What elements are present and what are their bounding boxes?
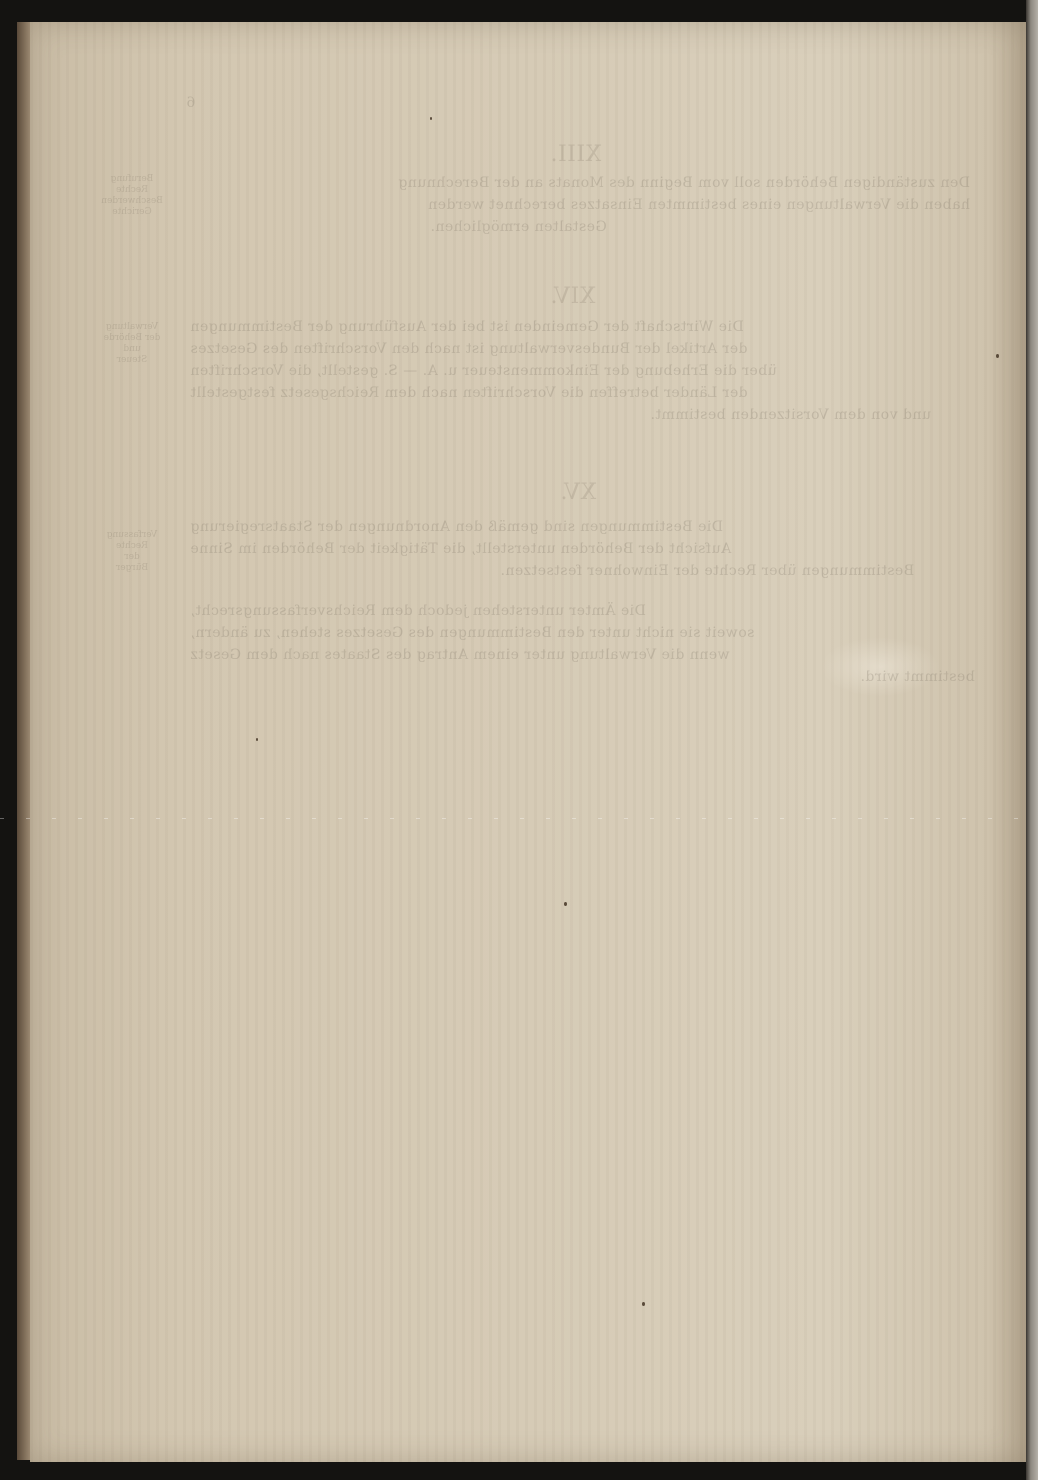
margin-note: Berufung Rechte Beschwerden Gerichte	[92, 174, 172, 218]
show-through-line: und von dem Vorsitzenden bestimmt.	[650, 404, 931, 426]
show-through-line: der Artikel der Bundesverwaltung ist nac…	[190, 338, 748, 360]
show-through-line: der Länder betreffen die Vorschriften na…	[190, 382, 748, 404]
dust-speck	[564, 902, 567, 906]
margin-note: Verfassung Rechte der Bürger	[92, 530, 172, 574]
show-through-line: soweit sie nicht unter den Bestimmungen …	[190, 622, 754, 644]
dust-speck	[642, 1302, 645, 1306]
margin-note-line: der	[92, 552, 172, 563]
show-through-line: haben die Verwaltungen eines bestimmten …	[190, 194, 970, 216]
show-through-line: Die Wirtschaft der Gemeinden ist bei der…	[190, 316, 744, 338]
margin-note-line: Berufung	[92, 174, 172, 185]
page-edge-right	[1026, 0, 1038, 1480]
margin-note: Verwaltung der Behörde und Steuer	[92, 322, 172, 366]
margin-note-line: Rechte	[92, 541, 172, 552]
margin-note-line: Steuer	[92, 355, 172, 366]
document-page: 6 XIII. Den zuständigen Behörden soll vo…	[30, 22, 1026, 1462]
show-through-line: über die Erhebung der Einkommensteuer u.…	[190, 360, 777, 382]
show-through-line: Die Ämter unterstehen jedoch dem Reichsv…	[190, 600, 646, 622]
margin-note-line: Verwaltung	[92, 322, 172, 333]
show-through-line: Bestimmungen über Rechte der Einwohner f…	[500, 560, 914, 582]
section-heading: XIV.	[550, 284, 595, 309]
show-through-line: Die Bestimmungen sind gemäß den Anordnun…	[190, 516, 723, 538]
margin-note-line: Verfassung	[92, 530, 172, 541]
dust-speck	[430, 117, 432, 120]
margin-note-line: Beschwerden	[92, 196, 172, 207]
show-through-line: bestimmt wird.	[860, 666, 975, 688]
show-through-line: Den zuständigen Behörden soll vom Beginn…	[190, 172, 970, 194]
margin-note-line: der Behörde	[92, 333, 172, 344]
section-heading: XIII.	[550, 142, 601, 167]
show-through-line: Gestalten ermöglichen.	[430, 216, 607, 238]
page-marker: 6	[186, 92, 195, 114]
show-through-line: Aufsicht der Behörden unterstellt, die T…	[190, 538, 731, 560]
margin-note-line: Gerichte	[92, 207, 172, 218]
dust-speck	[996, 354, 999, 358]
scan-artifact-line	[0, 818, 1038, 819]
margin-note-line: und	[92, 344, 172, 355]
margin-note-line: Rechte	[92, 185, 172, 196]
section-heading: XV.	[560, 480, 596, 505]
margin-note-line: Bürger	[92, 563, 172, 574]
show-through-line: wenn die Verwaltung unter einem Antrag d…	[190, 644, 730, 666]
dust-speck	[256, 738, 258, 741]
